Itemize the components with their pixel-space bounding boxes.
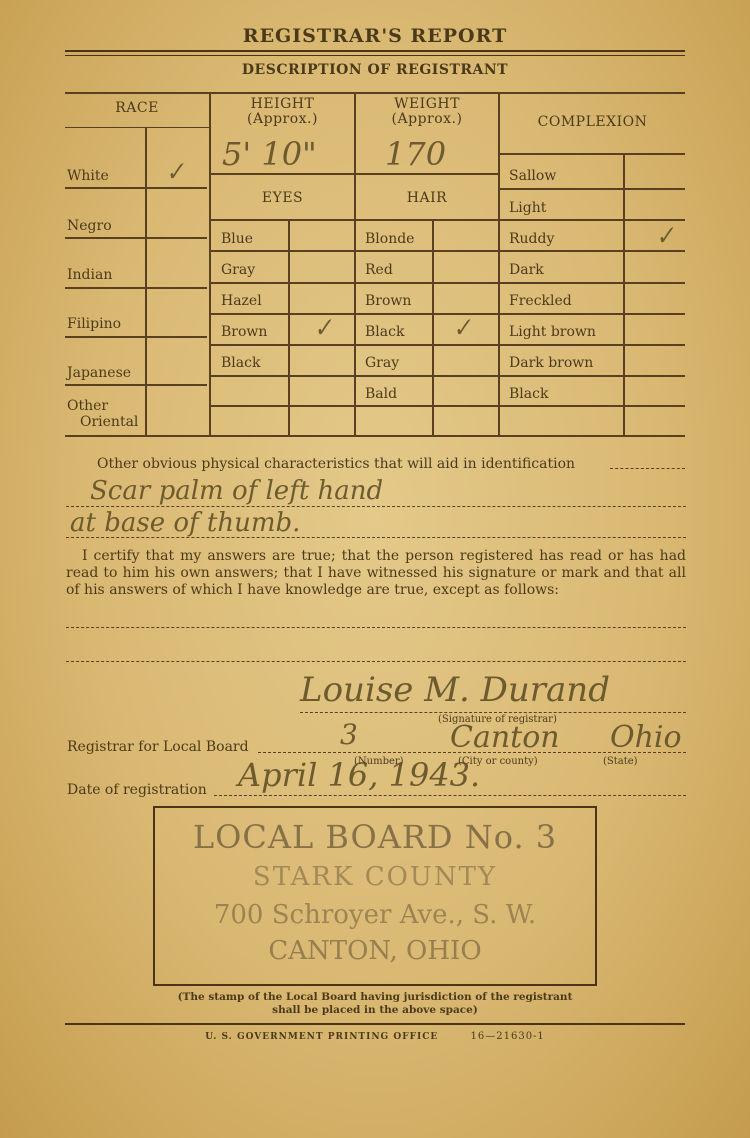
- eyes-option-blue: Blue: [221, 231, 253, 247]
- height-label: HEIGHT: [211, 97, 354, 112]
- local-board-city: Canton: [450, 720, 560, 755]
- eyes-row-rule: [211, 405, 354, 407]
- race-option-negro: Negro: [67, 218, 112, 234]
- height-value: 5' 10": [222, 135, 317, 173]
- eyes-option-hazel: Hazel: [221, 293, 262, 309]
- complexion-row-rule: [500, 375, 685, 377]
- complexion-header: COMPLEXION: [500, 114, 685, 130]
- characteristics-line2: at base of thumb.: [70, 508, 300, 538]
- height-rule: [211, 173, 354, 175]
- stamp-line2: STARK COUNTY: [155, 862, 595, 892]
- complexion-checkmark: ✓: [653, 220, 678, 251]
- complexion-option-ruddy: Ruddy: [509, 231, 554, 247]
- characteristics-dash: [610, 468, 685, 469]
- weight-sublabel: (Approx.): [356, 112, 498, 127]
- height-sublabel: (Approx.): [211, 112, 354, 127]
- race-option-oriental: Oriental: [80, 414, 138, 430]
- race-option-filipino: Filipino: [67, 316, 121, 332]
- local-board-state: Ohio: [610, 720, 682, 755]
- race-row-rule: [65, 237, 207, 239]
- complexion-row-rule: [500, 405, 685, 407]
- characteristics-line1-rule: [66, 506, 686, 507]
- eyes-row-rule: [211, 344, 354, 346]
- certification-text: I certify that my answers are true; that…: [66, 548, 686, 599]
- weight-rule: [356, 173, 498, 175]
- eyes-option-black: Black: [221, 355, 260, 371]
- footer-rule: [65, 1023, 685, 1025]
- complexion-option-black: Black: [509, 386, 548, 402]
- hair-row-rule: [356, 282, 498, 284]
- hair-row-rule: [356, 344, 498, 346]
- local-board-stamp: LOCAL BOARD No. 3 STARK COUNTY 700 Schro…: [153, 806, 597, 986]
- local-board-line: [258, 752, 686, 753]
- complexion-row-rule: [500, 188, 685, 190]
- printer-credit: U. S. GOVERNMENT PRINTING OFFICE: [205, 1032, 438, 1042]
- date-line: [214, 795, 686, 796]
- stamp-caption-line2: shall be placed in the above space): [0, 1004, 750, 1017]
- race-option-other: Other: [67, 398, 108, 414]
- race-row-rule: [65, 287, 207, 289]
- hair-option-gray: Gray: [365, 355, 399, 371]
- eyes-row-rule: [211, 313, 354, 315]
- complexion-row-rule: [500, 250, 685, 252]
- eyes-option-brown: Brown: [221, 324, 267, 340]
- complexion-row-rule: [500, 219, 685, 221]
- race-header-rule: [65, 127, 209, 128]
- hair-row-rule: [356, 313, 498, 315]
- exceptions-line2: [66, 661, 686, 662]
- characteristics-line1: Scar palm of left hand: [90, 476, 383, 506]
- title-rule-bottom: [65, 55, 685, 56]
- weight-header: WEIGHT (Approx.): [356, 97, 498, 127]
- complexion-check-column-divider: [623, 154, 625, 435]
- characteristics-label: Other obvious physical characteristics t…: [97, 456, 575, 472]
- report-title: REGISTRAR'S REPORT: [0, 25, 750, 47]
- race-option-japanese: Japanese: [67, 365, 131, 381]
- race-row-rule: [65, 187, 207, 189]
- form-number: 16—21630-1: [471, 1031, 545, 1042]
- stamp-caption-line1: (The stamp of the Local Board having jur…: [0, 991, 750, 1004]
- race-option-indian: Indian: [67, 267, 112, 283]
- date-label: Date of registration: [67, 782, 207, 798]
- hair-row-rule: [356, 250, 498, 252]
- race-checkmark: ✓: [163, 156, 188, 187]
- eyes-option-gray: Gray: [221, 262, 255, 278]
- hair-checkmark: ✓: [450, 312, 475, 343]
- height-header: HEIGHT (Approx.): [211, 97, 354, 127]
- race-row-rule: [65, 384, 207, 386]
- complexion-option-freckled: Freckled: [509, 293, 572, 309]
- complexion-option-light: Light: [509, 200, 546, 216]
- stamp-line4: CANTON, OHIO: [155, 936, 595, 966]
- characteristics-line2-rule: [66, 537, 686, 538]
- eyes-row-rule: [211, 375, 354, 377]
- signature-line: [300, 712, 686, 713]
- eyes-row-rule: [211, 282, 354, 284]
- complexion-row-rule: [500, 282, 685, 284]
- section-subtitle: DESCRIPTION OF REGISTRANT: [0, 62, 750, 78]
- hair-row-rule: [356, 405, 498, 407]
- divider-race-height: [209, 92, 211, 435]
- hair-option-bald: Bald: [365, 386, 397, 402]
- complexion-option-dark-brown: Dark brown: [509, 355, 593, 371]
- divider-eyes-hair: [354, 92, 356, 435]
- race-check-column-divider: [145, 128, 147, 435]
- hair-option-black: Black: [365, 324, 404, 340]
- hair-header-rule: [356, 219, 498, 221]
- exceptions-line1: [66, 627, 686, 628]
- hair-option-red: Red: [365, 262, 393, 278]
- footer: U. S. GOVERNMENT PRINTING OFFICE 16—2163…: [0, 1031, 750, 1042]
- weight-value: 170: [385, 135, 446, 173]
- local-board-number: 3: [340, 718, 358, 751]
- hair-header: HAIR: [356, 190, 498, 206]
- weight-label: WEIGHT: [356, 97, 498, 112]
- stamp-line3: 700 Schroyer Ave., S. W.: [155, 900, 595, 930]
- race-header: RACE: [65, 100, 209, 116]
- race-row-rule: [65, 336, 207, 338]
- title-rule-top: [65, 50, 685, 52]
- hair-check-column-divider: [432, 220, 434, 435]
- complexion-row-rule: [500, 344, 685, 346]
- state-caption: (State): [603, 756, 638, 767]
- stamp-line1: LOCAL BOARD No. 3: [155, 818, 595, 856]
- hair-option-brown: Brown: [365, 293, 411, 309]
- table-bottom-border: [65, 435, 685, 437]
- local-board-label: Registrar for Local Board: [67, 739, 249, 755]
- date-value: April 16, 1943.: [238, 756, 480, 794]
- eyes-checkmark: ✓: [311, 312, 336, 343]
- complexion-option-light-brown: Light brown: [509, 324, 596, 340]
- table-top-border: [65, 92, 685, 94]
- eyes-check-column-divider: [288, 220, 290, 435]
- hair-option-blonde: Blonde: [365, 231, 414, 247]
- registrar-signature: Louise M. Durand: [300, 670, 610, 710]
- eyes-header-rule: [211, 219, 354, 221]
- eyes-header: EYES: [211, 190, 354, 206]
- stamp-caption: (The stamp of the Local Board having jur…: [0, 991, 750, 1017]
- complexion-option-sallow: Sallow: [509, 168, 556, 184]
- hair-row-rule: [356, 375, 498, 377]
- divider-hair-complexion: [498, 92, 500, 435]
- complexion-header-rule: [500, 153, 685, 155]
- eyes-row-rule: [211, 250, 354, 252]
- complexion-option-dark: Dark: [509, 262, 544, 278]
- race-option-white: White: [67, 168, 109, 184]
- complexion-row-rule: [500, 313, 685, 315]
